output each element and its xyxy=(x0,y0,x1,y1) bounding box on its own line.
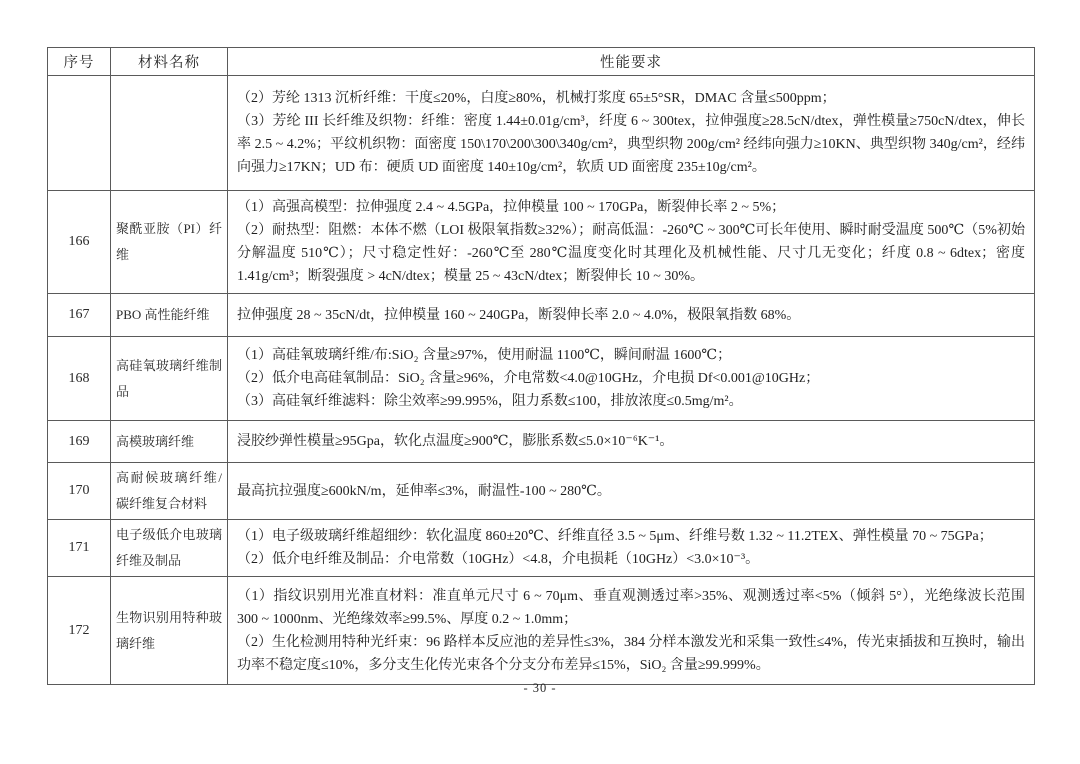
materials-table: 序号 材料名称 性能要求 （2）芳纶 1313 沉析纤维：干度≤20%，白度≥8… xyxy=(47,47,1035,685)
header-requirements: 性能要求 xyxy=(228,48,1035,76)
table-row: 167 PBO 高性能纤维 拉伸强度 28 ~ 35cN/dt，拉伸模量 160… xyxy=(48,294,1035,337)
cell-index: 169 xyxy=(48,421,111,463)
cell-index: 166 xyxy=(48,191,111,294)
cell-material-name: 高耐候玻璃纤维/碳纤维复合材料 xyxy=(111,463,228,520)
requirement-paragraph: （2）芳纶 1313 沉析纤维：干度≤20%，白度≥80%，机械打浆度 65±5… xyxy=(237,87,1025,110)
cell-requirements: （1）指纹识别用光准直材料：准直单元尺寸 6 ~ 70μm、垂直观测透过率>35… xyxy=(228,577,1035,685)
requirement-paragraph: （3）高硅氧纤维滤料：除尘效率≥99.995%，阻力系数≤100，排放浓度≤0.… xyxy=(237,390,1025,413)
table-header: 序号 材料名称 性能要求 xyxy=(48,48,1035,76)
cell-requirements: 浸胶纱弹性模量≥95Gpa，软化点温度≥900℃，膨胀系数≤5.0×10⁻⁶K⁻… xyxy=(228,421,1035,463)
cell-index: 171 xyxy=(48,520,111,577)
requirement-paragraph: （2）低介电高硅氧制品：SiO₂ 含量≥96%，介电常数<4.0@10GHz，介… xyxy=(237,367,1025,390)
header-material-name: 材料名称 xyxy=(111,48,228,76)
table-row: 166 聚酰亚胺（PI）纤维 （1）高强高模型：拉伸强度 2.4 ~ 4.5GP… xyxy=(48,191,1035,294)
cell-requirements: （2）芳纶 1313 沉析纤维：干度≤20%，白度≥80%，机械打浆度 65±5… xyxy=(228,76,1035,191)
page-number: - 30 - xyxy=(0,681,1080,696)
header-index: 序号 xyxy=(48,48,111,76)
cell-material-name: 高硅氧玻璃纤维制品 xyxy=(111,337,228,421)
cell-material-name xyxy=(111,76,228,191)
requirement-paragraph: 浸胶纱弹性模量≥95Gpa，软化点温度≥900℃，膨胀系数≤5.0×10⁻⁶K⁻… xyxy=(237,430,1025,453)
cell-material-name: 聚酰亚胺（PI）纤维 xyxy=(111,191,228,294)
cell-requirements: 拉伸强度 28 ~ 35cN/dt，拉伸模量 160 ~ 240GPa，断裂伸长… xyxy=(228,294,1035,337)
cell-material-name: 高模玻璃纤维 xyxy=(111,421,228,463)
cell-material-name: PBO 高性能纤维 xyxy=(111,294,228,337)
requirement-paragraph: （2）低介电纤维及制品：介电常数（10GHz）<4.8，介电损耗（10GHz）<… xyxy=(237,548,1025,571)
requirement-paragraph: （1）指纹识别用光准直材料：准直单元尺寸 6 ~ 70μm、垂直观测透过率>35… xyxy=(237,585,1025,631)
table-row: 168 高硅氧玻璃纤维制品 （1）高硅氧玻璃纤维/布:SiO₂ 含量≥97%，使… xyxy=(48,337,1035,421)
requirement-paragraph: （1）高硅氧玻璃纤维/布:SiO₂ 含量≥97%，使用耐温 1100℃，瞬间耐温… xyxy=(237,344,1025,367)
requirement-paragraph: （1）电子级玻璃纤维超细纱：软化温度 860±20℃、纤维直径 3.5 ~ 5μ… xyxy=(237,525,1025,548)
table-row: （2）芳纶 1313 沉析纤维：干度≤20%，白度≥80%，机械打浆度 65±5… xyxy=(48,76,1035,191)
cell-requirements: 最高抗拉强度≥600kN/m，延伸率≤3%，耐温性-100 ~ 280℃。 xyxy=(228,463,1035,520)
cell-index: 167 xyxy=(48,294,111,337)
requirement-paragraph: 拉伸强度 28 ~ 35cN/dt，拉伸模量 160 ~ 240GPa，断裂伸长… xyxy=(237,304,1025,327)
document-page: 序号 材料名称 性能要求 （2）芳纶 1313 沉析纤维：干度≤20%，白度≥8… xyxy=(0,0,1080,764)
requirement-paragraph: （2）耐热型：阻燃：本体不燃（LOI 极限氧指数≥32%）；耐高低温：-260℃… xyxy=(237,219,1025,288)
table-body: （2）芳纶 1313 沉析纤维：干度≤20%，白度≥80%，机械打浆度 65±5… xyxy=(48,76,1035,685)
requirement-paragraph: （2）生化检测用特种光纤束：96 路样本反应池的差异性≤3%，384 分样本激发… xyxy=(237,631,1025,677)
cell-requirements: （1）电子级玻璃纤维超细纱：软化温度 860±20℃、纤维直径 3.5 ~ 5μ… xyxy=(228,520,1035,577)
cell-index: 168 xyxy=(48,337,111,421)
cell-requirements: （1）高强高模型：拉伸强度 2.4 ~ 4.5GPa，拉伸模量 100 ~ 17… xyxy=(228,191,1035,294)
requirement-paragraph: （3）芳纶 III 长纤维及织物：纤维：密度 1.44±0.01g/cm³，纤度… xyxy=(237,110,1025,179)
cell-material-name: 电子级低介电玻璃纤维及制品 xyxy=(111,520,228,577)
cell-index xyxy=(48,76,111,191)
requirement-paragraph: 最高抗拉强度≥600kN/m，延伸率≤3%，耐温性-100 ~ 280℃。 xyxy=(237,480,1025,503)
cell-requirements: （1）高硅氧玻璃纤维/布:SiO₂ 含量≥97%，使用耐温 1100℃，瞬间耐温… xyxy=(228,337,1035,421)
table-row: 169 高模玻璃纤维 浸胶纱弹性模量≥95Gpa，软化点温度≥900℃，膨胀系数… xyxy=(48,421,1035,463)
cell-material-name: 生物识别用特种玻璃纤维 xyxy=(111,577,228,685)
table-row: 172 生物识别用特种玻璃纤维 （1）指纹识别用光准直材料：准直单元尺寸 6 ~… xyxy=(48,577,1035,685)
table-row: 171 电子级低介电玻璃纤维及制品 （1）电子级玻璃纤维超细纱：软化温度 860… xyxy=(48,520,1035,577)
requirement-paragraph: （1）高强高模型：拉伸强度 2.4 ~ 4.5GPa，拉伸模量 100 ~ 17… xyxy=(237,196,1025,219)
cell-index: 170 xyxy=(48,463,111,520)
cell-index: 172 xyxy=(48,577,111,685)
table-row: 170 高耐候玻璃纤维/碳纤维复合材料 最高抗拉强度≥600kN/m，延伸率≤3… xyxy=(48,463,1035,520)
